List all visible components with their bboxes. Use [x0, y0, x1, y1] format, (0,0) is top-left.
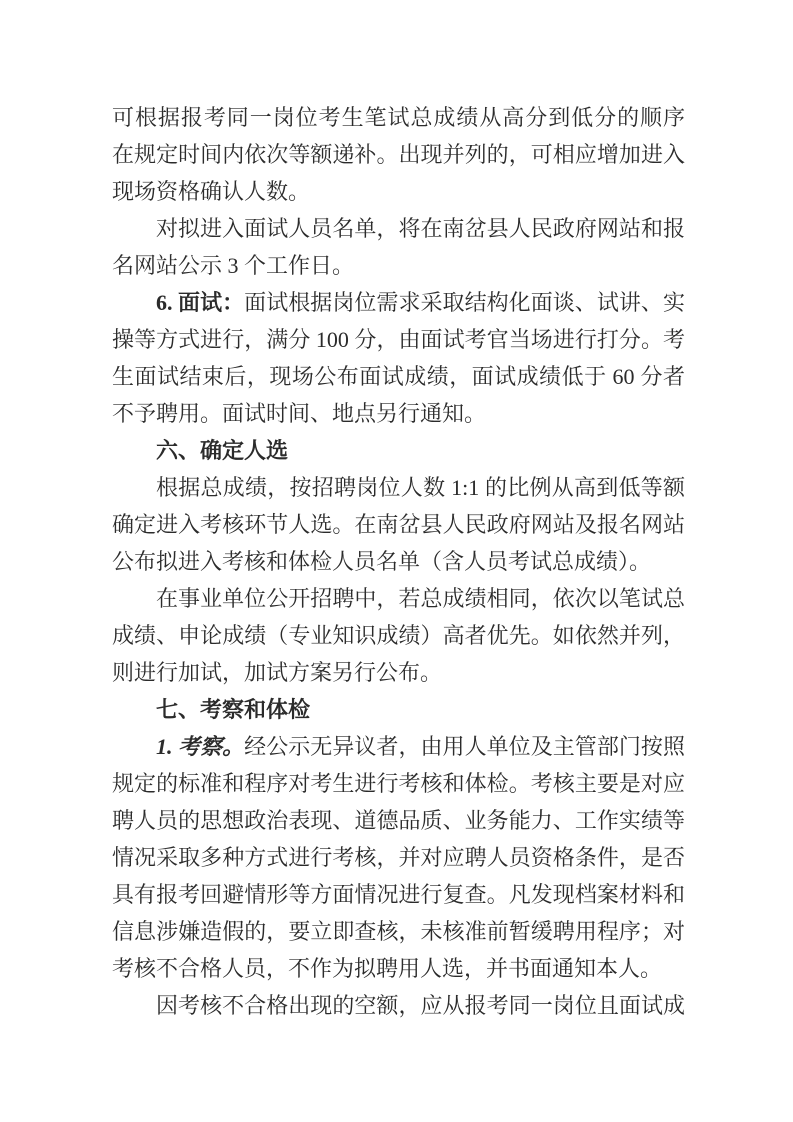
text-line: 聘人员的思想政治表现、道德品质、业务能力、工作实绩等	[112, 802, 685, 839]
text-line: 规定的标准和程序对考生进行考核和体检。考核主要是对应	[112, 765, 685, 802]
text-line: 考核不合格人员，不作为拟聘用人选，并书面通知本人。	[112, 950, 685, 987]
paragraph-number-lead: 6. 面试：	[156, 290, 244, 315]
text-line: 6. 面试：面试根据岗位需求采取结构化面谈、试讲、实	[112, 284, 685, 321]
text-line: 根据总成绩，按招聘岗位人数 1:1 的比例从高到低等额	[112, 469, 685, 506]
text-line: 在规定时间内依次等额递补。出现并列的，可相应增加进入	[112, 136, 685, 173]
text-line: 不予聘用。面试时间、地点另行通知。	[112, 395, 685, 432]
text-line: 操等方式进行，满分 100 分，由面试考官当场进行打分。考	[112, 321, 685, 358]
run-text: 经公示无异议者，由用人单位及主管部门按照	[244, 734, 685, 759]
text-line: 现场资格确认人数。	[112, 173, 685, 210]
text-line: 情况采取多种方式进行考核，并对应聘人员资格条件，是否	[112, 839, 685, 876]
text-line: 因考核不合格出现的空额，应从报考同一岗位且面试成	[112, 987, 685, 1024]
text-line: 则进行加试，加试方案另行公布。	[112, 654, 685, 691]
text-line: 具有报考回避情形等方面情况进行复查。凡发现档案材料和	[112, 876, 685, 913]
run-text: 面试根据岗位需求采取结构化面谈、试讲、实	[244, 290, 685, 315]
document-page: 可根据报考同一岗位考生笔试总成绩从高分到低分的顺序 在规定时间内依次等额递补。出…	[0, 0, 793, 1122]
text-line: 生面试结束后，现场公布面试成绩，面试成绩低于 60 分者	[112, 358, 685, 395]
text-line: 名网站公示 3 个工作日。	[112, 247, 685, 284]
text-line: 成绩、申论成绩（专业知识成绩）高者优先。如依然并列，	[112, 617, 685, 654]
text-line: 在事业单位公开招聘中，若总成绩相同，依次以笔试总	[112, 580, 685, 617]
paragraph-number-lead: 1. 考察。	[156, 734, 244, 759]
text-line: 1. 考察。经公示无异议者，由用人单位及主管部门按照	[112, 728, 685, 765]
text-line: 确定进入考核环节人选。在南岔县人民政府网站及报名网站	[112, 506, 685, 543]
text-line: 信息涉嫌造假的，要立即查核，未核准前暂缓聘用程序；对	[112, 913, 685, 950]
text-line: 可根据报考同一岗位考生笔试总成绩从高分到低分的顺序	[112, 99, 685, 136]
document-text-block: 可根据报考同一岗位考生笔试总成绩从高分到低分的顺序 在规定时间内依次等额递补。出…	[112, 99, 685, 1024]
section-heading: 七、考察和体检	[112, 691, 685, 728]
text-line: 公布拟进入考核和体检人员名单（含人员考试总成绩）。	[112, 543, 685, 580]
text-line: 对拟进入面试人员名单，将在南岔县人民政府网站和报	[112, 210, 685, 247]
section-heading: 六、确定人选	[112, 432, 685, 469]
